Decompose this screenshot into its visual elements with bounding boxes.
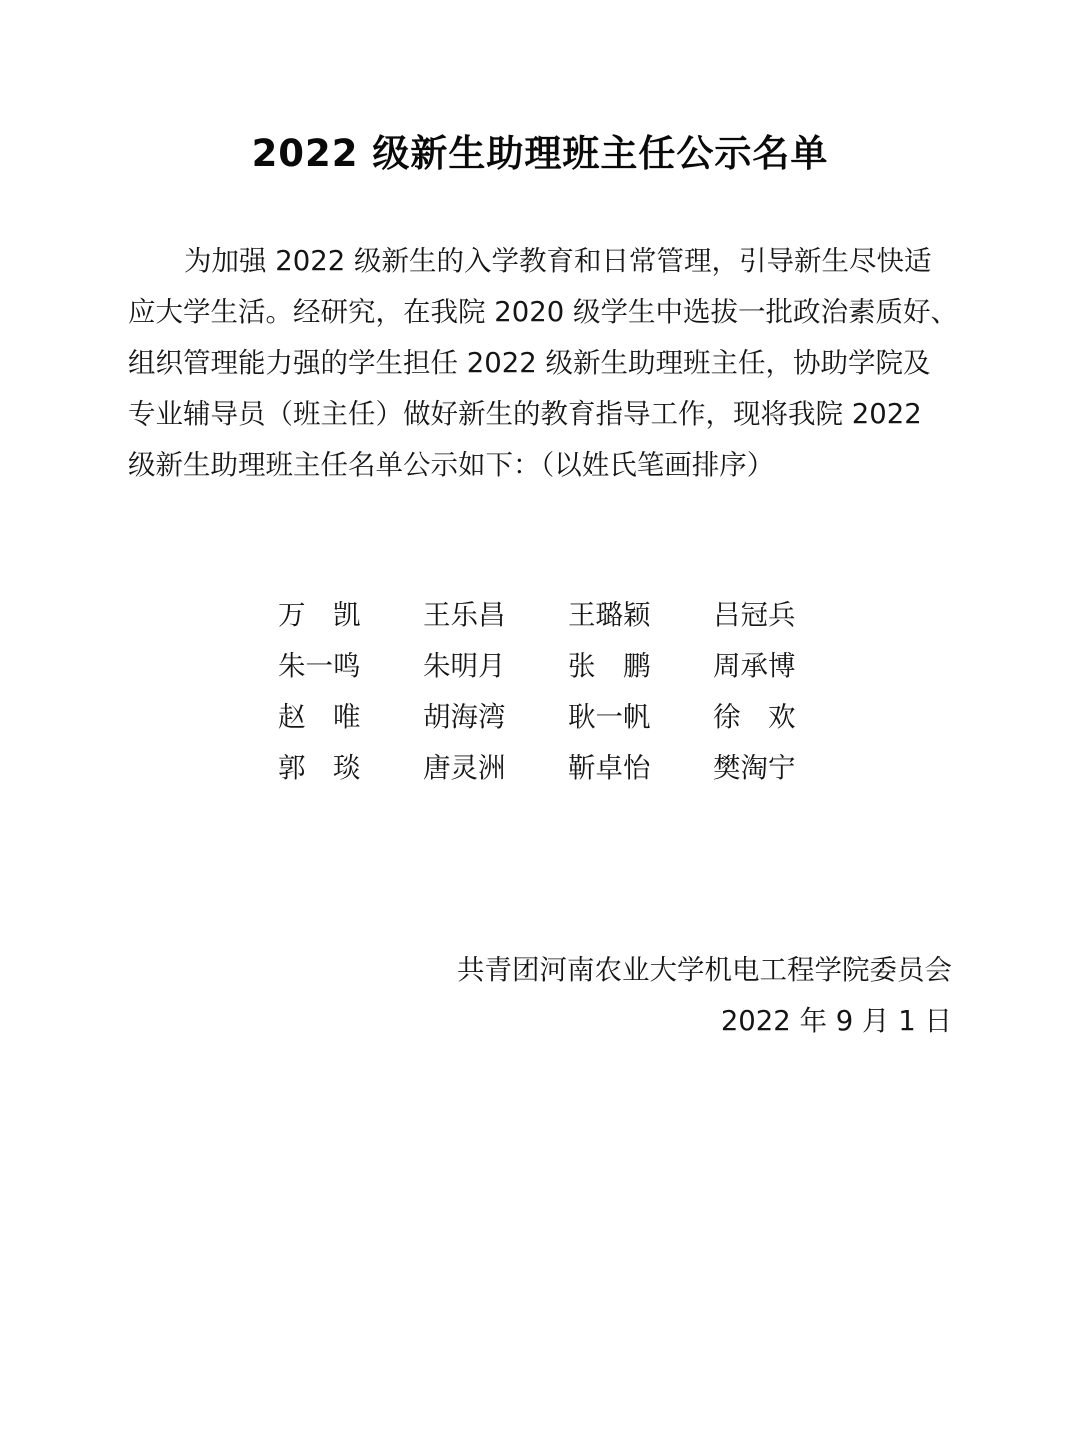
- paragraph-line: 为加强 2022 级新生的入学教育和日常管理，引导新生尽快适: [128, 236, 954, 287]
- paragraph-line: 专业辅导员（班主任）做好新生的教育指导工作，现将我院 2022: [128, 389, 954, 440]
- name-row: 朱一鸣 朱明月 张 鹏 周承博: [278, 641, 858, 692]
- name-entry: 耿一帆: [568, 692, 713, 743]
- issuing-organization: 共青团河南农业大学机电工程学院委员会: [457, 945, 952, 996]
- name-entry: 赵 唯: [278, 692, 423, 743]
- document-page: 2022 级新生助理班主任公示名单 为加强 2022 级新生的入学教育和日常管理…: [0, 0, 1080, 1429]
- name-row: 郭 琰 唐灵洲 靳卓怡 樊淘宁: [278, 743, 858, 794]
- name-entry: 吕冠兵: [713, 590, 858, 641]
- name-entry: 朱明月: [423, 641, 568, 692]
- name-entry: 周承博: [713, 641, 858, 692]
- name-row: 万 凯 王乐昌 王璐颖 吕冠兵: [278, 590, 858, 641]
- name-entry: 靳卓怡: [568, 743, 713, 794]
- paragraph-line: 组织管理能力强的学生担任 2022 级新生助理班主任，协助学院及: [128, 338, 954, 389]
- name-row: 赵 唯 胡海湾 耿一帆 徐 欢: [278, 692, 858, 743]
- name-entry: 胡海湾: [423, 692, 568, 743]
- name-entry: 郭 琰: [278, 743, 423, 794]
- name-entry: 唐灵洲: [423, 743, 568, 794]
- paragraph-line: 级新生助理班主任名单公示如下：（以姓氏笔画排序）: [128, 440, 954, 491]
- name-entry: 樊淘宁: [713, 743, 858, 794]
- signature-block: 共青团河南农业大学机电工程学院委员会 2022 年 9 月 1 日: [457, 945, 952, 1047]
- issue-date: 2022 年 9 月 1 日: [457, 996, 952, 1047]
- name-entry: 徐 欢: [713, 692, 858, 743]
- document-title: 2022 级新生助理班主任公示名单: [0, 128, 1080, 180]
- name-list: 万 凯 王乐昌 王璐颖 吕冠兵 朱一鸣 朱明月 张 鹏 周承博 赵 唯 胡海湾 …: [278, 590, 858, 794]
- announcement-paragraph: 为加强 2022 级新生的入学教育和日常管理，引导新生尽快适 应大学生活。经研究…: [128, 236, 954, 491]
- name-entry: 张 鹏: [568, 641, 713, 692]
- name-entry: 朱一鸣: [278, 641, 423, 692]
- paragraph-line: 应大学生活。经研究，在我院 2020 级学生中选拔一批政治素质好、: [128, 287, 954, 338]
- name-entry: 万 凯: [278, 590, 423, 641]
- name-entry: 王乐昌: [423, 590, 568, 641]
- name-entry: 王璐颖: [568, 590, 713, 641]
